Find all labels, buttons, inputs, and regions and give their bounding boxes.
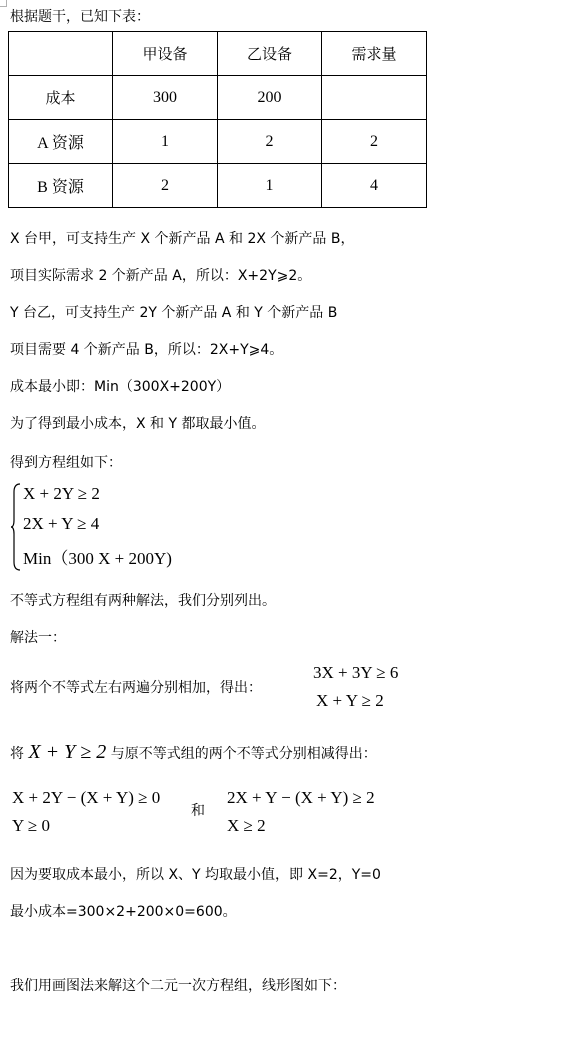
- table-header-cell: 乙设备: [218, 32, 322, 76]
- paragraph-min-cost-result: 最小成本=300×2+200×0=600。: [10, 903, 237, 921]
- table-cell: 2: [322, 120, 427, 164]
- inequality-system: X + 2Y ≥ 2 2X + Y ≥ 4 Min（300 X + 200Y): [10, 482, 210, 572]
- row-label: 成本: [9, 76, 113, 120]
- subtraction-right-line-2: X ≥ 2: [227, 816, 266, 836]
- paragraph-two-methods: 不等式方程组有两种解法，我们分别列出。: [10, 592, 276, 610]
- paragraph-y-machines: Y 台乙，可支持生产 2Y 个新产品 A 和 Y 个新产品 B: [10, 304, 337, 322]
- table-header-cell: 需求量: [322, 32, 427, 76]
- row-label: B 资源: [9, 164, 113, 208]
- resource-table: 甲设备 乙设备 需求量 成本 300 200 A 资源 1 2 2 B 资源 2…: [8, 31, 427, 208]
- subtract-math: X + Y ≥ 2: [28, 741, 106, 763]
- sum-result-line-1: 3X + 3Y ≥ 6: [313, 663, 398, 683]
- subtract-prefix: 将: [10, 746, 24, 762]
- table-cell: 300: [113, 76, 218, 120]
- table-cell: 2: [218, 120, 322, 164]
- paragraph-x-machines: X 台甲，可支持生产 X 个新产品 A 和 2X 个新产品 B，: [10, 230, 354, 248]
- subtraction-left-line-2: Y ≥ 0: [12, 816, 50, 836]
- system-objective: Min（300 X + 200Y): [23, 544, 172, 569]
- table-cell: 200: [218, 76, 322, 120]
- paragraph-take-min: 为了得到最小成本，X 和 Y 都取最小值。: [10, 415, 266, 433]
- paragraph-min-values: 因为要取成本最小，所以 X、Y 均取最小值，即 X=2，Y=0: [10, 866, 381, 884]
- table-cell: 2: [113, 164, 218, 208]
- table-header-row: 甲设备 乙设备 需求量: [9, 32, 427, 76]
- table-cell: [322, 76, 427, 120]
- row-label: A 资源: [9, 120, 113, 164]
- subtraction-left-line-1: X + 2Y − (X + Y) ≥ 0: [12, 788, 160, 808]
- subtract-suffix: 与原不等式组的两个不等式分别相减得出：: [111, 746, 377, 762]
- table-cell: 4: [322, 164, 427, 208]
- page-corner-mark: [0, 0, 7, 7]
- table-row: B 资源 2 1 4: [9, 164, 427, 208]
- left-brace-icon: [10, 482, 22, 572]
- paragraph-graph-method: 我们用画图法来解这个二元一次方程组，线形图如下：: [10, 977, 346, 995]
- intro-text: 根据题干，已知下表：: [10, 8, 150, 26]
- system-eq-1: X + 2Y ≥ 2: [23, 484, 100, 504]
- table-row: 成本 300 200: [9, 76, 427, 120]
- system-eq-2: 2X + Y ≥ 4: [23, 514, 99, 534]
- table-cell: 1: [113, 120, 218, 164]
- sum-result-line-2: X + Y ≥ 2: [316, 691, 384, 711]
- paragraph-min-cost: 成本最小即：Min（300X+200Y）: [10, 378, 230, 396]
- and-word: 和: [191, 800, 205, 820]
- paragraph-subtract: 将 X + Y ≥ 2 与原不等式组的两个不等式分别相减得出：: [10, 743, 377, 763]
- table-header-cell: 甲设备: [113, 32, 218, 76]
- subtraction-right-line-1: 2X + Y − (X + Y) ≥ 2: [227, 788, 375, 808]
- table-cell: 1: [218, 164, 322, 208]
- paragraph-demand-b: 项目需要 4 个新产品 B，所以：2X+Y⩾4。: [10, 341, 283, 359]
- paragraph-add-inequalities: 将两个不等式左右两遍分别相加，得出：: [10, 679, 262, 697]
- table-row: A 资源 1 2 2: [9, 120, 427, 164]
- table-header-cell: [9, 32, 113, 76]
- method-one-heading: 解法一：: [10, 629, 66, 647]
- paragraph-demand-a: 项目实际需求 2 个新产品 A，所以：X+2Y⩾2。: [10, 267, 311, 285]
- paragraph-system-intro: 得到方程组如下：: [10, 454, 122, 472]
